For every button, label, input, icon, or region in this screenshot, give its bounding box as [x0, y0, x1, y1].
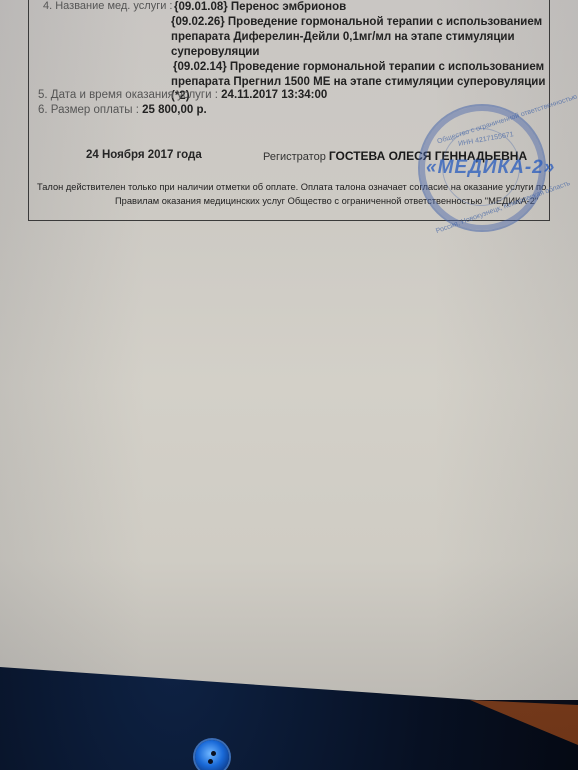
- payment-amount-label: 6. Размер оплаты :: [38, 104, 139, 116]
- service-line: {09.01.08} Перенос эмбрионов: [174, 0, 346, 15]
- payment-amount-row: 6. Размер оплаты : 25 800,00 р.: [38, 104, 207, 116]
- service-line: {09.02.14} Проведение гормональной терап…: [173, 60, 544, 75]
- signed-date: 24 Ноября 2017 года: [86, 149, 202, 161]
- registrar-label: Регистратор: [263, 151, 326, 163]
- service-line: {09.02.26} Проведение гормональной терап…: [171, 15, 542, 30]
- service-datetime-label: 5. Дата и время оказания услуги :: [38, 89, 218, 101]
- payment-amount-value: 25 800,00 р.: [142, 104, 207, 116]
- service-line: препарата Диферелин-Дейли 0,1мг/мл на эт…: [171, 30, 515, 45]
- company-stamp: Общество с ограниченной ответственностью…: [418, 104, 546, 232]
- stamp-main-text: «МЕДИКА-2»: [426, 157, 555, 179]
- service-datetime-value: 24.11.2017 13:34:00: [221, 89, 327, 101]
- service-datetime-row: 5. Дата и время оказания услуги : 24.11.…: [38, 89, 327, 101]
- service-line: препарата Прегнил 1500 МЕ на этапе стиму…: [171, 75, 545, 90]
- service-name-label: 4. Название мед. услуги :: [43, 0, 172, 12]
- service-line: суперовуляции: [171, 45, 259, 60]
- shirt-button-icon: [195, 740, 229, 770]
